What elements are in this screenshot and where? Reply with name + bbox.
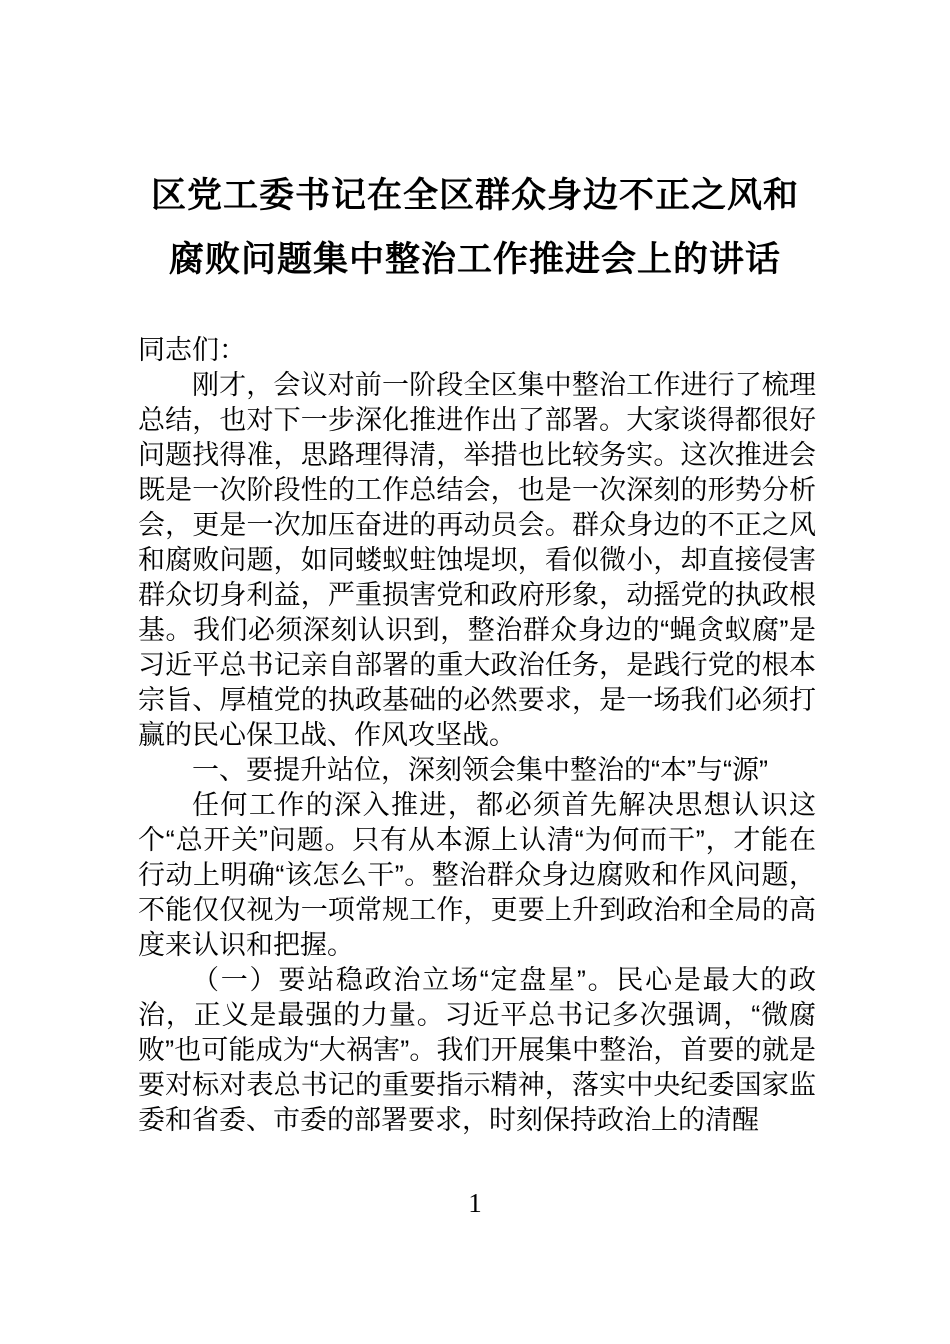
page-number: 1 xyxy=(0,1186,950,1221)
document-title: 区党工委书记在全区群众身边不正之风和 腐败问题集中整治工作推进会上的讲话 xyxy=(0,164,950,292)
document-title-line-2: 腐败问题集中整治工作推进会上的讲话 xyxy=(0,228,950,292)
document-body: 同志们： 刚才，会议对前一阶段全区集中整治工作进行了梳理总结，也对下一步深化推进… xyxy=(138,333,816,1138)
document-page: 区党工委书记在全区群众身边不正之风和 腐败问题集中整治工作推进会上的讲话 同志们… xyxy=(0,0,950,1344)
paragraph-section-1-intro: 任何工作的深入推进，都必须首先解决思想认识这个“总开关”问题。只有从本源上认清“… xyxy=(138,788,816,963)
paragraph-subsection-1-1: （一）要站稳政治立场“定盘星”。民心是最大的政治，正义是最强的力量。习近平总书记… xyxy=(138,963,816,1138)
document-title-line-1: 区党工委书记在全区群众身边不正之风和 xyxy=(0,164,950,228)
salutation: 同志们： xyxy=(138,333,816,368)
section-heading-1: 一、要提升站位，深刻领会集中整治的“本”与“源” xyxy=(138,753,816,788)
paragraph-opening: 刚才，会议对前一阶段全区集中整治工作进行了梳理总结，也对下一步深化推进作出了部署… xyxy=(138,368,816,753)
